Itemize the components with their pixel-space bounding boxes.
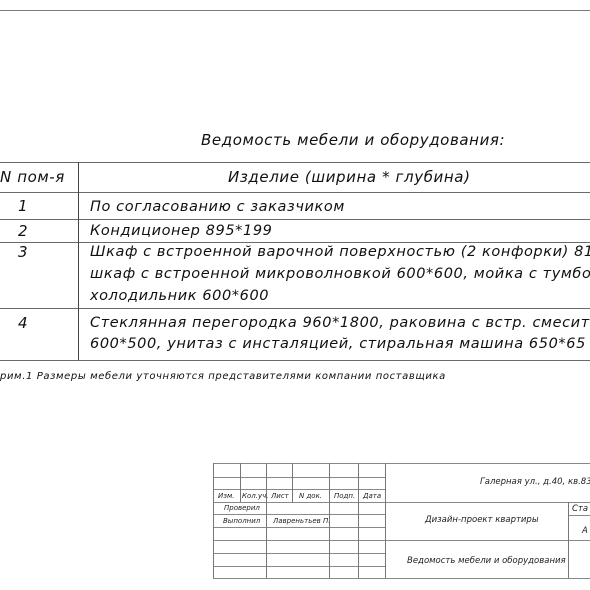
tb-vline: [240, 463, 241, 502]
table-divider: [0, 192, 590, 193]
tb-header-list: Лист: [271, 492, 289, 500]
tb-line: [213, 578, 590, 579]
tb-line: [213, 502, 590, 503]
tb-address: Галерная ул., д.40, кв.83: [480, 477, 590, 487]
table-row-num: 3: [18, 241, 28, 264]
tb-vline: [213, 463, 214, 578]
tb-stage-label: Ста: [572, 504, 588, 514]
tb-executor-name: Лавреньтьев П.: [273, 517, 330, 525]
tb-header-podp: Подп.: [334, 492, 355, 500]
tb-line: [213, 527, 385, 528]
tb-executed-label: Выполнил: [223, 517, 260, 525]
tb-header-date: Дата: [363, 492, 381, 500]
tb-checked-label: Проверил: [224, 504, 260, 512]
table-header-item: Изделие (ширина * глубина): [228, 166, 471, 189]
footnote: рим.1 Размеры мебели уточняются представ…: [0, 371, 446, 382]
tb-header-ndok: N док.: [299, 492, 322, 500]
tb-vline: [292, 463, 293, 502]
table-row-item: По согласованию с заказчиком: [90, 196, 345, 219]
table-divider: [0, 308, 590, 309]
table-row-item-line: 600*500, унитаз с инсталяцией, стиральна…: [90, 333, 586, 356]
table-row-num: 4: [18, 312, 28, 335]
table-column-divider: [78, 162, 79, 360]
tb-vline: [358, 463, 359, 578]
tb-line: [213, 566, 385, 567]
tb-line: [213, 489, 385, 490]
table-header-room: N пом-я: [0, 166, 65, 189]
table-row-item-line: Стеклянная перегородка 960*1800, раковин…: [90, 312, 590, 335]
tb-vline: [385, 463, 386, 578]
sheet-border-top: [0, 10, 590, 11]
tb-header-izm: Изм.: [218, 492, 234, 500]
tb-line: [213, 477, 385, 478]
table-row-num: 2: [18, 220, 28, 243]
document-title: Ведомость мебели и оборудования:: [201, 131, 505, 149]
table-row-item-line: Шкаф с встроенной варочной поверхностью …: [90, 241, 590, 264]
tb-line: [213, 540, 590, 541]
tb-line: [568, 515, 590, 516]
tb-sheet-title: Ведомость мебели и оборудования: [407, 556, 566, 566]
tb-line: [213, 553, 385, 554]
tb-vline: [568, 502, 569, 578]
table-border-top: [0, 162, 590, 163]
tb-vline: [266, 463, 267, 578]
tb-stage-value: А: [582, 526, 588, 536]
tb-project-title: Дизайн-проект квартиры: [425, 515, 539, 525]
tb-line: [213, 463, 590, 464]
table-row-item: Кондиционер 895*199: [90, 220, 272, 243]
table-row-item-line: шкаф с встроенной микроволновкой 600*600…: [90, 263, 590, 286]
table-row-num: 1: [18, 195, 28, 218]
tb-header-kol: Кол.уч.: [242, 492, 268, 500]
table-row-item-line: холодильник 600*600: [90, 285, 269, 308]
tb-line: [213, 514, 385, 515]
table-divider: [0, 219, 590, 220]
table-border-bottom: [0, 360, 590, 361]
